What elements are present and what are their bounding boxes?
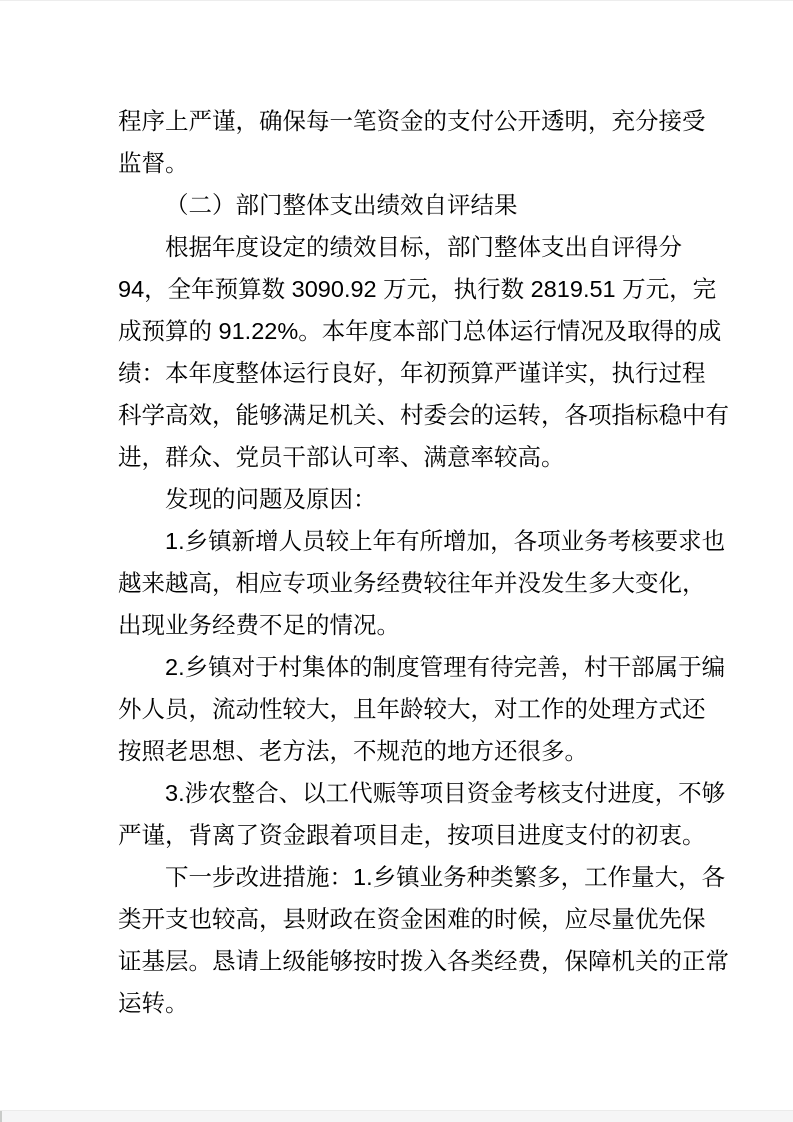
footer-left-edge: [0, 1111, 2, 1122]
text-line: 外人员，流动性较大，且年龄较大，对工作的处理方式还: [118, 688, 793, 730]
text-line: 根据年度设定的绩效目标，部门整体支出自评得分: [118, 226, 793, 268]
text-line: 严谨，背离了资金跟着项目走，按项目进度支付的初衷。: [118, 814, 793, 856]
text-line: 进，群众、党员干部认可率、满意率较高。: [118, 436, 793, 478]
text-line: 程序上严谨，确保每一笔资金的支付公开透明，充分接受: [118, 100, 793, 142]
text-line: 发现的问题及原因：: [118, 478, 793, 520]
text-line: 2.乡镇对于村集体的制度管理有待完善，村干部属于编: [118, 646, 793, 688]
text-line: 94，全年预算数 3090.92 万元，执行数 2819.51 万元，完: [118, 268, 793, 310]
text-line: 科学高效，能够满足机关、村委会的运转，各项指标稳中有: [118, 394, 793, 436]
text-line: 出现业务经费不足的情况。: [118, 604, 793, 646]
footer-bar: [0, 1110, 793, 1122]
text-line: 绩：本年度整体运行良好，年初预算严谨详实，执行过程: [118, 352, 793, 394]
text-line: 下一步改进措施：1.乡镇业务种类繁多，工作量大，各: [118, 856, 793, 898]
document-body: 程序上严谨，确保每一笔资金的支付公开透明，充分接受 监督。 （二）部门整体支出绩…: [118, 100, 793, 1024]
text-line: 1.乡镇新增人员较上年有所增加，各项业务考核要求也: [118, 520, 793, 562]
text-line: 越来越高，相应专项业务经费较往年并没发生多大变化，: [118, 562, 793, 604]
section-heading: （二）部门整体支出绩效自评结果: [118, 184, 793, 226]
text-line: 3.涉农整合、以工代赈等项目资金考核支付进度，不够: [118, 772, 793, 814]
page-top-divider: [0, 0, 793, 1]
text-line: 运转。: [118, 982, 793, 1024]
text-line: 类开支也较高，县财政在资金困难的时候，应尽量优先保: [118, 898, 793, 940]
text-line: 证基层。恳请上级能够按时拨入各类经费，保障机关的正常: [118, 940, 793, 982]
text-line: 监督。: [118, 142, 793, 184]
text-line: 成预算的 91.22%。本年度本部门总体运行情况及取得的成: [118, 310, 793, 352]
text-line: 按照老思想、老方法，不规范的地方还很多。: [118, 730, 793, 772]
document-page: 程序上严谨，确保每一笔资金的支付公开透明，充分接受 监督。 （二）部门整体支出绩…: [0, 0, 793, 1122]
